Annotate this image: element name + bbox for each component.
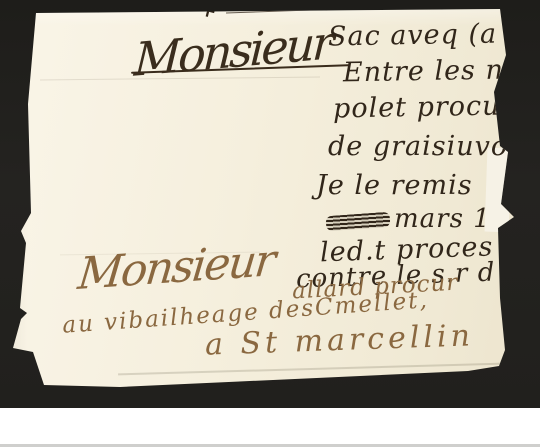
body-line-6: mars 1	[394, 206, 491, 232]
body-line-3: polet procu	[333, 93, 501, 123]
body-line-4: de graisiuvo	[328, 133, 508, 160]
folded-letter-paper: + Monsieur Sac aveq (a Entre les n polet…	[0, 0, 540, 400]
body-line-5: Je le remis	[316, 172, 473, 199]
body-line-2: Entre les n	[343, 57, 504, 87]
body-line-1: Sac aveq (a	[328, 21, 498, 51]
letter-photograph: + Monsieur Sac aveq (a Entre les n polet…	[0, 0, 540, 447]
scan-bottom-margin	[0, 408, 540, 447]
